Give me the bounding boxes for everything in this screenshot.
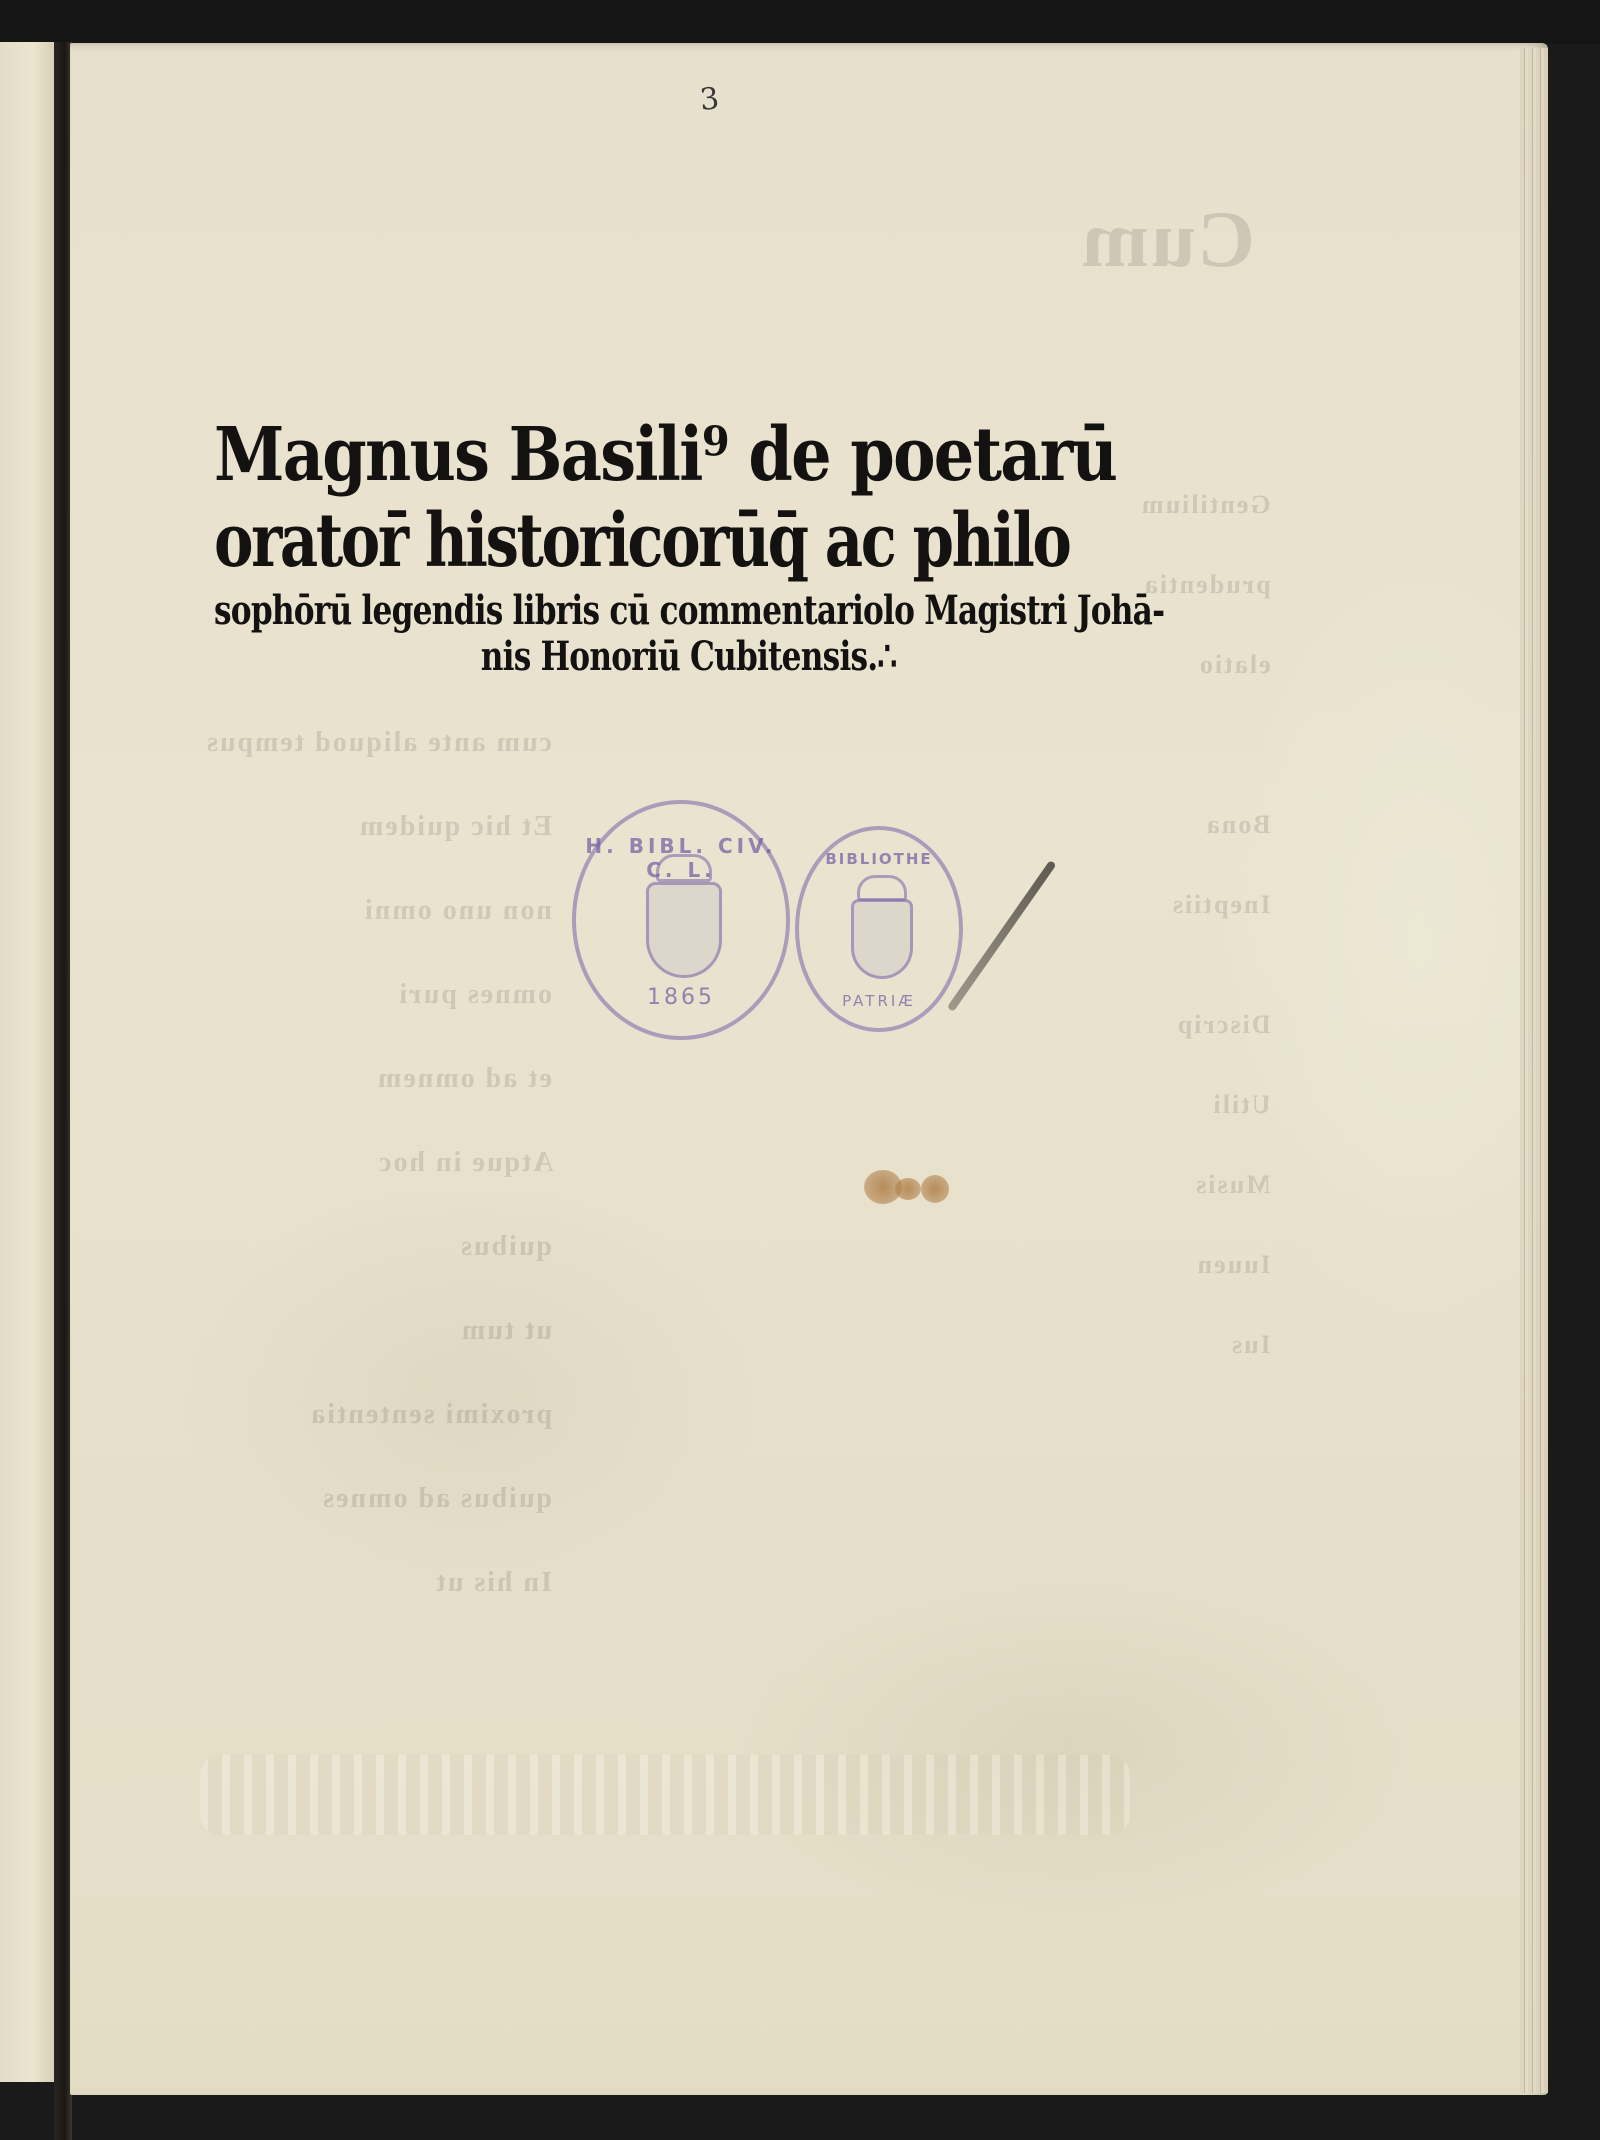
stamp-year: 1865 <box>576 985 786 1010</box>
showthrough-body-line: et ad omnem <box>376 1063 552 1094</box>
showthrough-body-line: proximi sententia <box>309 1399 552 1430</box>
title-line-2: orator̄ historicorūq̄ ac philo <box>214 498 950 584</box>
showthrough-margin: Gentilium prudentia elatio Bona Ineptiis… <box>1140 445 1288 1365</box>
coat-of-arms-shield-icon <box>851 899 913 979</box>
showthrough-body-line: Atque in hoc <box>377 1147 553 1178</box>
crown-icon <box>656 854 712 882</box>
crown-icon <box>857 875 907 901</box>
showthrough-body-line: quibus <box>459 1231 552 1262</box>
title-line-3: sophōrū legendis libris cū commentariolo… <box>214 588 932 634</box>
folio-number: 3 <box>698 81 721 118</box>
stamp-bottom-text: PATRIÆ <box>799 992 959 1010</box>
previous-page-edge <box>0 42 54 2082</box>
showthrough-body: cum ante aliquod tempus Et hic quidem no… <box>205 680 570 1604</box>
showthrough-body-line: ut tum <box>460 1315 552 1346</box>
showthrough-body-line: Et hic quidem <box>358 811 552 842</box>
library-stamp-left: H. BIBL. CIV. C. L. 1865 <box>572 800 790 1040</box>
showthrough-margin-line: Discrip <box>1176 1010 1271 1039</box>
showthrough-body-line: quibus ad omnes <box>321 1483 552 1514</box>
showthrough-margin-line: Iuuen <box>1196 1250 1271 1279</box>
coat-of-arms-shield-icon <box>646 882 722 978</box>
showthrough-body-line: omnes puri <box>397 979 552 1010</box>
showthrough-margin-line: elatio <box>1198 650 1271 679</box>
foxing-stain <box>895 1178 921 1200</box>
showthrough-margin-line: Ineptiis <box>1171 890 1271 919</box>
showthrough-body-line: cum ante aliquod tempus <box>205 727 552 758</box>
title-line-1: Magnus Basili⁹ de poetarū <box>214 412 1005 498</box>
showthrough-margin-line: Ius <box>1230 1330 1271 1359</box>
blind-impression-band <box>200 1755 1130 1835</box>
title-block: Magnus Basili⁹ de poetarū orator̄ histor… <box>214 412 1134 680</box>
page-fore-edge <box>1520 48 1548 2093</box>
showthrough-margin-line: Utili <box>1212 1090 1271 1119</box>
stamp-ring-text: BIBLIOTHE <box>799 850 959 868</box>
scan-background-top <box>0 0 1600 44</box>
title-line-4: nis Honoriū Cubitensis.∴ <box>214 634 932 680</box>
showthrough-body-line: non uno omni <box>363 895 552 926</box>
showthrough-upper: Cum <box>1080 200 1255 280</box>
showthrough-margin-line: Bona <box>1205 810 1271 839</box>
library-stamp-right: BIBLIOTHE PATRIÆ <box>795 826 963 1032</box>
showthrough-body-line: In his ut <box>434 1567 552 1598</box>
showthrough-margin-line: Gentilium <box>1140 490 1271 519</box>
showthrough-margin-line: Musis <box>1194 1170 1270 1199</box>
foxing-stain <box>921 1175 949 1203</box>
